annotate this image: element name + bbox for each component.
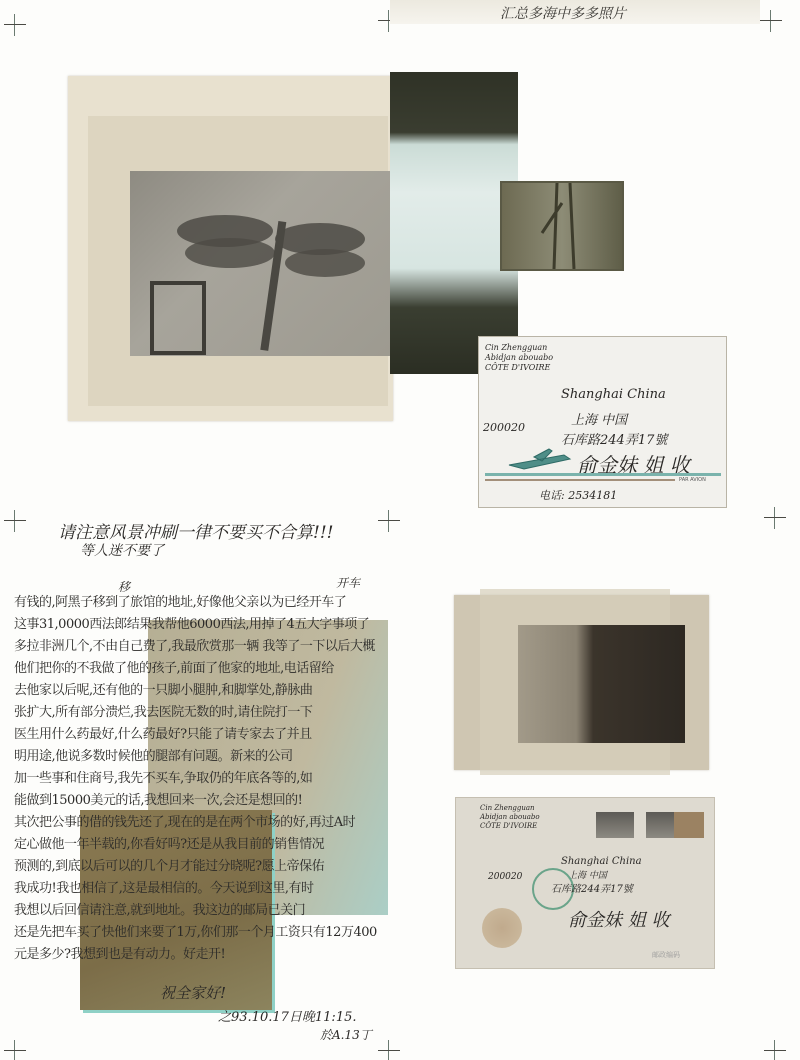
envelope-top-address: 石库路244弄17號 <box>561 429 667 448</box>
letter-line: 医生用什么药最好,什么药最好?只能了请专家去了并且 <box>14 724 312 746</box>
envelope-top-phone: 电话: 2534181 <box>539 487 617 503</box>
letter-line: 这事31,0000西法郎结果我帮他6000西法,用掉了4五大字事项了 <box>14 614 369 636</box>
letter-signoff: 祝全家好! <box>160 982 226 1003</box>
envelope-top: Cin Zhengguan Abidjan abouabo CÔTE D'IVO… <box>478 336 727 508</box>
envelope-top-city-cn: 上海 中国 <box>571 409 627 428</box>
letter-line: 加一些事和住商号,我先不买车,争取仍的年底各等的,如 <box>14 768 312 790</box>
dragonfly-image <box>130 171 392 356</box>
envelope-top-stripe-2 <box>485 479 675 481</box>
stamp-1 <box>596 812 634 838</box>
letter-line: 我想以后回信请注意,就到地址。我这边的邮局已关门 <box>14 900 305 922</box>
stamp-2 <box>646 812 676 838</box>
envelope-top-sender: Cin Zhengguan Abidjan abouabo CÔTE D'IVO… <box>485 343 553 373</box>
envelope-top-city-line: Shanghai China <box>561 387 666 402</box>
letter-line: 他们把你的不我做了他的孩子,前面了他家的地址,电话留给 <box>14 658 334 680</box>
envelope-top-postcode: 200020 <box>483 421 525 434</box>
letter-place: 於A.13丁 <box>320 1026 372 1043</box>
letter-line: 其次把公事的借的钱先还了,现在的是在两个市场的好,再过A时 <box>14 812 355 834</box>
registration-mark-top-right <box>760 10 782 32</box>
envelope-bottom-address: 石库路244弄17號 <box>551 880 633 895</box>
dragonfly-photo <box>68 76 393 421</box>
registration-mark-bottom-right <box>764 1040 786 1060</box>
header-strip-text: 汇总多海中多多照片 <box>500 3 626 23</box>
envelope-top-stripe <box>485 473 721 476</box>
envelope-bottom: Cin Zhengguan Abidjan abouabo CÔTE D'IVO… <box>455 797 715 969</box>
envelope-top-par-avion: PAR AVION <box>679 477 706 483</box>
portrait-photo <box>454 595 709 770</box>
letter-line: 多拉非洲几个,不由自己费了,我最欣赏那一辆 我等了一下以后大概 <box>14 636 375 658</box>
letter-line: 能做到15000美元的话,我想回来一次,会还是想回的! <box>14 790 302 812</box>
letter-line: 预测的,到底以后可以的几个月才能过分晓呢?愿上帝保佑 <box>14 856 324 878</box>
letter-line: 有钱的,阿黑子移到了旅馆的地址,好像他父亲以为已经开车了 <box>14 592 346 614</box>
letter-annotation-2: 开车 <box>336 574 360 591</box>
tree-icon <box>502 183 622 269</box>
letter-line: 张扩大,所有部分溃烂,我去医院无数的时,请住院打一下 <box>14 702 312 724</box>
letter-line: 元是多少?我想到也是有动力。好走开! <box>14 944 225 966</box>
letter-heading-2: 等人迷不要了 <box>80 540 164 560</box>
airplane-icon <box>504 447 574 475</box>
registration-mark-mid-right <box>764 507 786 529</box>
dragonfly-icon <box>130 171 392 356</box>
letter-line: 去他家以后呢,还有他的一只脚小腿肿,和脚掌处,静脉曲 <box>14 680 312 702</box>
envelope-bottom-postcode: 200020 <box>488 872 522 882</box>
letter-line: 明用途,他说多数时候他的腿部有问题。新来的公司 <box>14 746 293 768</box>
stamp-3 <box>674 812 704 838</box>
postmark-brown <box>482 908 522 948</box>
window-shadow-photo <box>390 72 518 374</box>
envelope-bottom-city-line: Shanghai China <box>561 856 642 867</box>
envelope-bottom-sender: Cin Zhengguan Abidjan abouabo CÔTE D'IVO… <box>480 804 540 831</box>
header-strip: 汇总多海中多多照片 <box>390 0 760 24</box>
letter-line: 我成功!我也相信了,这是最相信的。今天说到这里,有时 <box>14 878 314 900</box>
tree-photo <box>500 181 624 271</box>
letter: 请注意风景冲刷一律不要买不合算!!! 等人迷不要了 移 开车 有钱的,阿黑子移到… <box>0 510 400 1050</box>
envelope-bottom-footer: 邮政编码 <box>652 950 680 960</box>
letter-date: 之93.10.17日晚11:15. <box>218 1006 357 1025</box>
envelope-bottom-recipient: 俞金妹 姐 收 <box>568 906 669 932</box>
portrait-image <box>518 625 685 743</box>
letter-line: 还是先把车买了快他们来要了1万,你们那一个月工资只有12万400 <box>14 922 377 944</box>
registration-mark-top-left <box>4 14 26 36</box>
letter-line: 定心做他一年半载的,你看好吗?还是从我目前的销售情况 <box>14 834 324 856</box>
